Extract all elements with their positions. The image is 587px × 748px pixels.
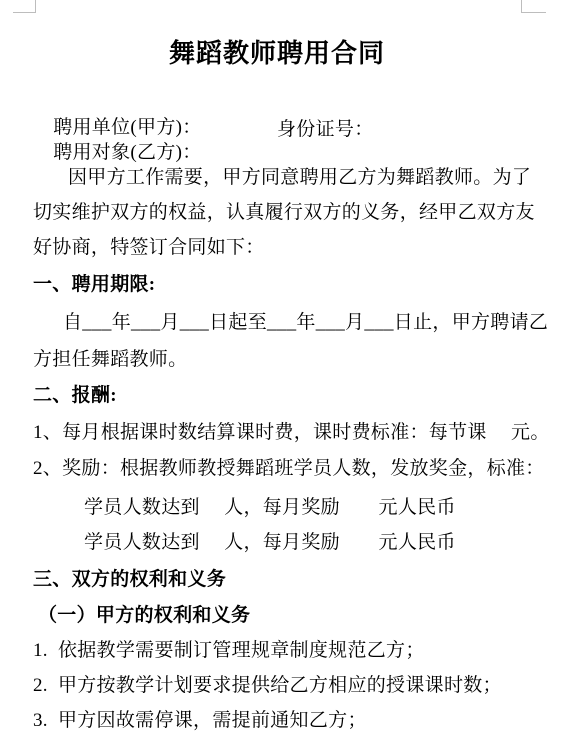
crop-mark-top-right-horizontal (521, 12, 546, 13)
section3-item-2: 2. 甲方按教学计划要求提供给乙方相应的授课课时数； (33, 674, 573, 697)
crop-mark-top-left-horizontal (13, 12, 36, 13)
contract-document-page: 舞蹈教师聘用合同 聘用单位(甲方)： 聘用对象(乙方)： 身份证号： 因甲方工作… (0, 0, 587, 748)
employee-field-label: 聘用对象(乙方)： (53, 142, 201, 163)
section1-heading: 一、聘用期限: (33, 273, 573, 296)
section1-term-line-2: 方担任舞蹈教师。 (33, 348, 573, 371)
contract-title: 舞蹈教师聘用合同 (33, 38, 521, 68)
section2-heading: 二、报酬: (33, 384, 573, 407)
section1-term-line: 自___年___月___日起至___年___月___日止，甲方聘请乙 (33, 311, 587, 334)
intro-line-2: 切实维护双方的权益，认真履行双方的义务，经甲乙双方友 (33, 201, 573, 224)
intro-line-3: 好协商，特签订合同如下： (33, 236, 573, 259)
section3-item-3: 3. 甲方因故需停课，需提前通知乙方； (33, 709, 573, 732)
intro-line-1: 因甲方工作需要，甲方同意聘用乙方为舞蹈教师。为了 (33, 166, 587, 189)
section3-sub1-heading: （一）甲方的权利和义务 (33, 604, 578, 627)
section2-item-2: 2、奖励：根据教师教授舞蹈班学员人数，发放奖金，标准： (33, 457, 573, 480)
section2-reward-line-2: 学员人数达到 人，每月奖励 元人民币 (33, 531, 587, 554)
section2-reward-line-1: 学员人数达到 人，每月奖励 元人民币 (33, 496, 587, 519)
employee-field-line: 聘用对象(乙方)： 身份证号： (33, 118, 573, 210)
section2-item-1: 1、每月根据课时数结算课时费，课时费标准：每节课 元。 (33, 421, 573, 444)
id-number-label: 身份证号： (277, 118, 374, 141)
section3-heading: 三、双方的权利和义务 (33, 568, 573, 591)
section3-item-1: 1. 依据教学需要制订管理规章制度规范乙方； (33, 639, 573, 662)
